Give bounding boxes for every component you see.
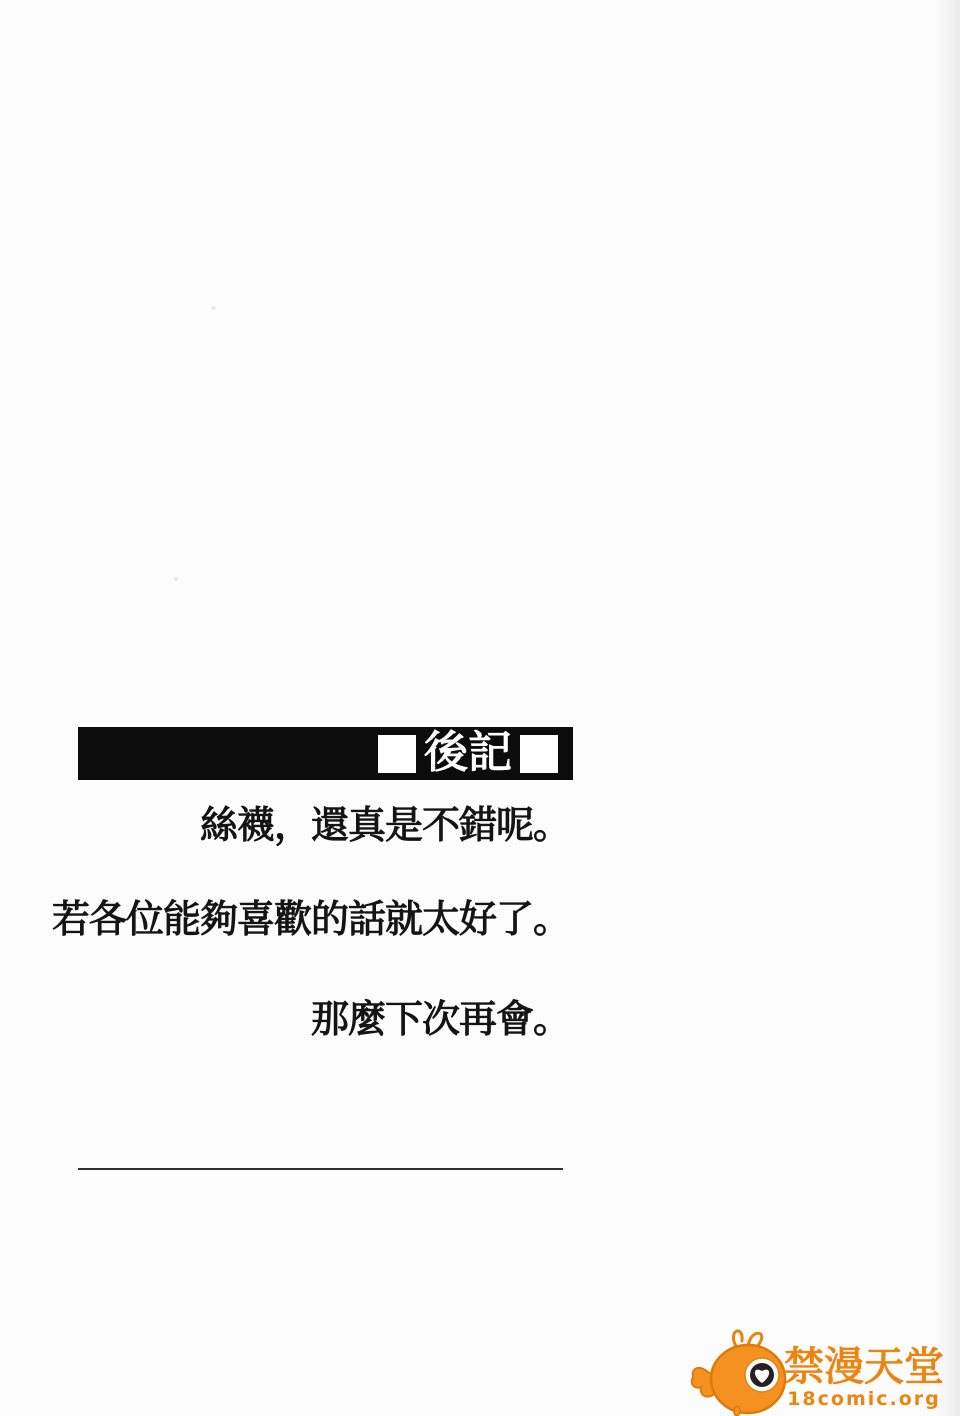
afterword-line-1: 絲襪，還真是不錯呢。 [0, 804, 570, 847]
divider-line [78, 1168, 563, 1170]
white-square-decoration [520, 735, 558, 773]
afterword-line-2: 若各位能夠喜歡的話就太好了。 [0, 898, 570, 941]
afterword-title: 後記 [424, 731, 512, 775]
scan-edge-shadow [932, 0, 960, 1416]
scan-speck [174, 577, 178, 581]
site-watermark: 禁漫天堂 18comic.org [690, 1326, 944, 1416]
afterword-page: 後記 絲襪，還真是不錯呢。 若各位能夠喜歡的話就太好了。 那麼下次再會。 禁漫天… [0, 0, 960, 1416]
white-square-decoration [378, 735, 416, 773]
scan-speck [211, 306, 216, 310]
whale-mascot-icon [690, 1326, 790, 1416]
afterword-header-bar: 後記 [78, 727, 573, 780]
site-url: 18comic.org [787, 1388, 941, 1410]
site-name: 禁漫天堂 [784, 1347, 944, 1387]
brand-text-block: 禁漫天堂 18comic.org [784, 1347, 944, 1410]
afterword-line-3: 那麼下次再會。 [0, 998, 570, 1041]
